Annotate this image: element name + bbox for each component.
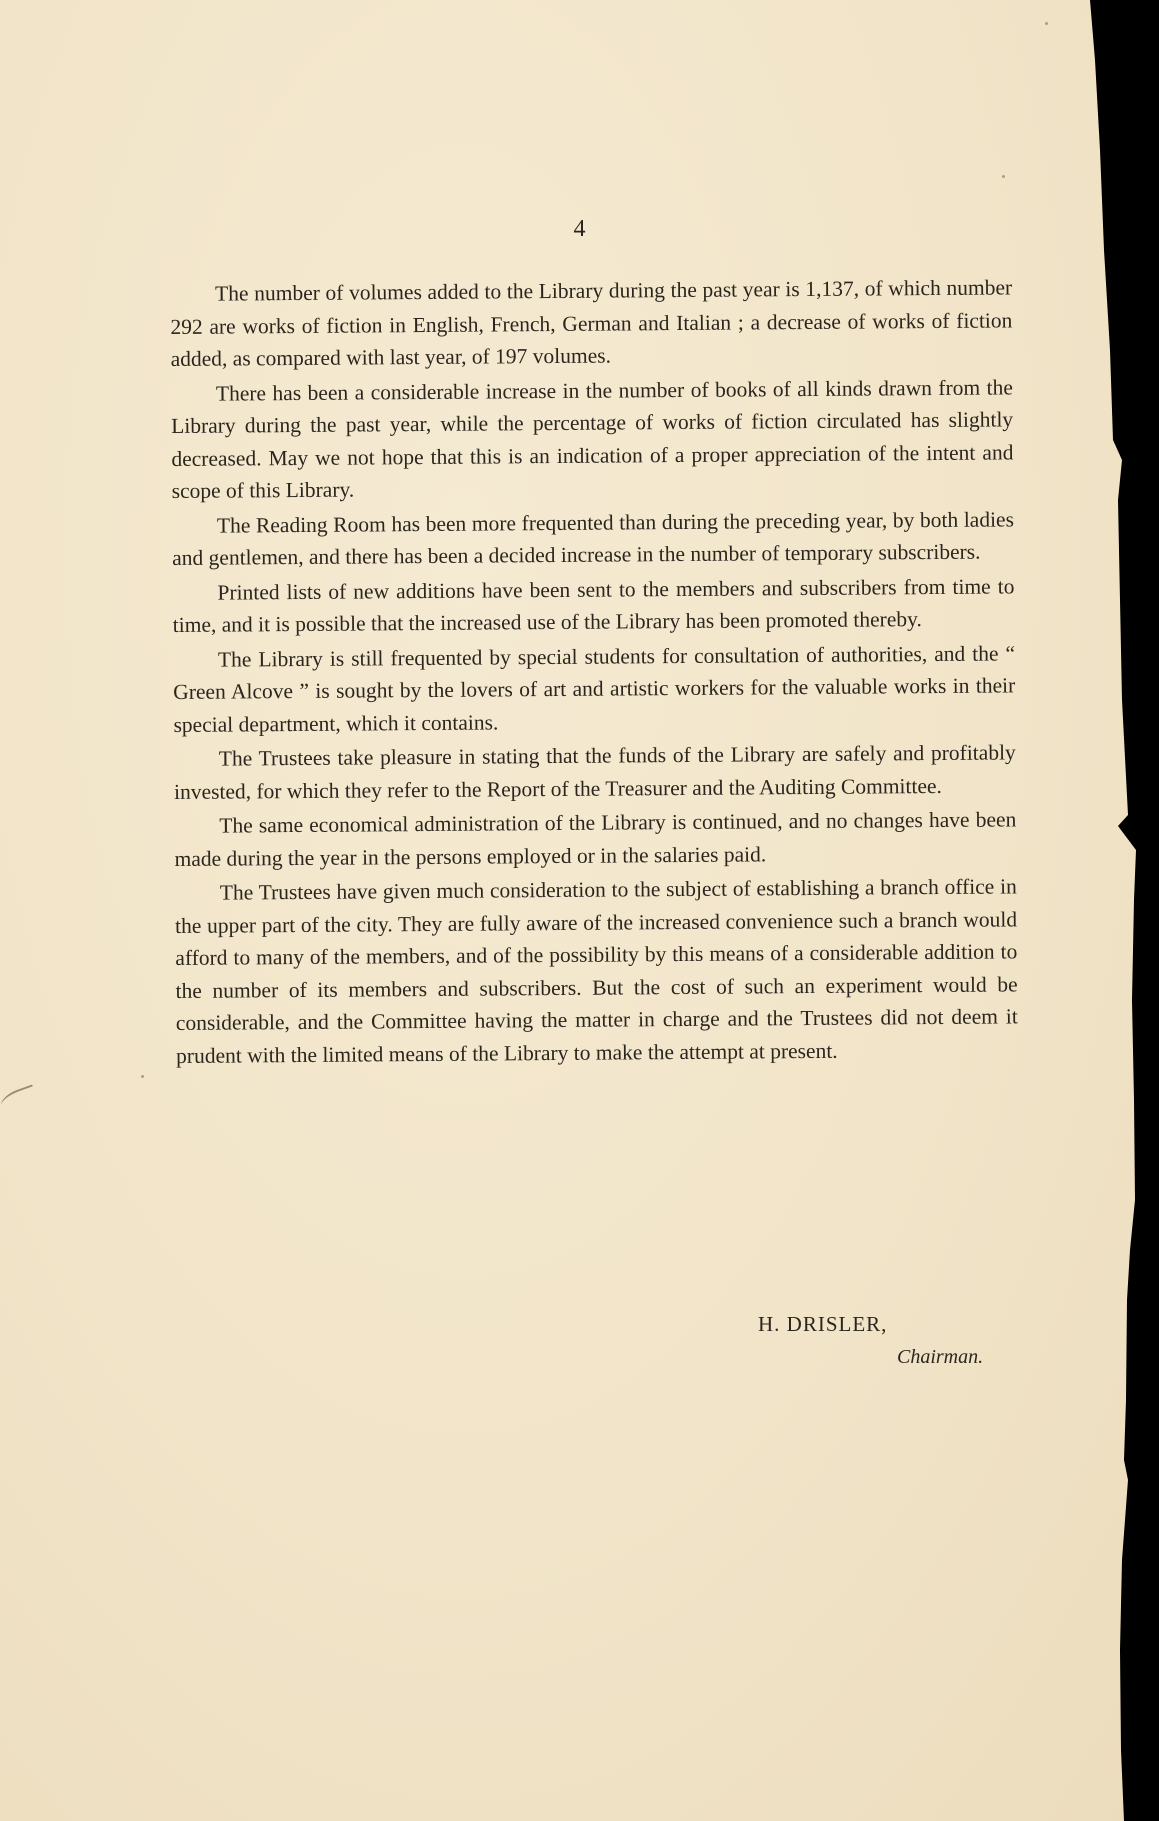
paper-speck [141,1075,144,1078]
paper-speck [1002,175,1005,178]
page-number: 4 [0,216,1159,243]
paragraph-special-students: The Library is still frequented by speci… [173,637,1016,741]
paragraph-reading-room: The Reading Room has been more frequente… [172,503,1014,575]
report-body: The number of volumes added to the Libra… [170,271,1018,1074]
paragraph-administration: The same economical administration of th… [174,803,1016,875]
paper-speck [1045,22,1048,25]
paper-tear-mark [0,1084,38,1111]
document-page: 4 The number of volumes added to the Lib… [0,0,1159,1821]
paragraph-printed-lists: Printed lists of new additions have been… [172,570,1014,642]
paragraph-branch-office: The Trustees have given much considerati… [175,870,1019,1072]
paragraph-circulation: There has been a considerable increase i… [171,371,1014,508]
paragraph-funds: The Trustees take pleasure in stating th… [174,736,1016,808]
signature-title: Chairman. [897,1346,983,1369]
signature-name: H. DRISLER, [758,1312,887,1337]
paragraph-volumes-added: The number of volumes added to the Libra… [170,271,1013,375]
